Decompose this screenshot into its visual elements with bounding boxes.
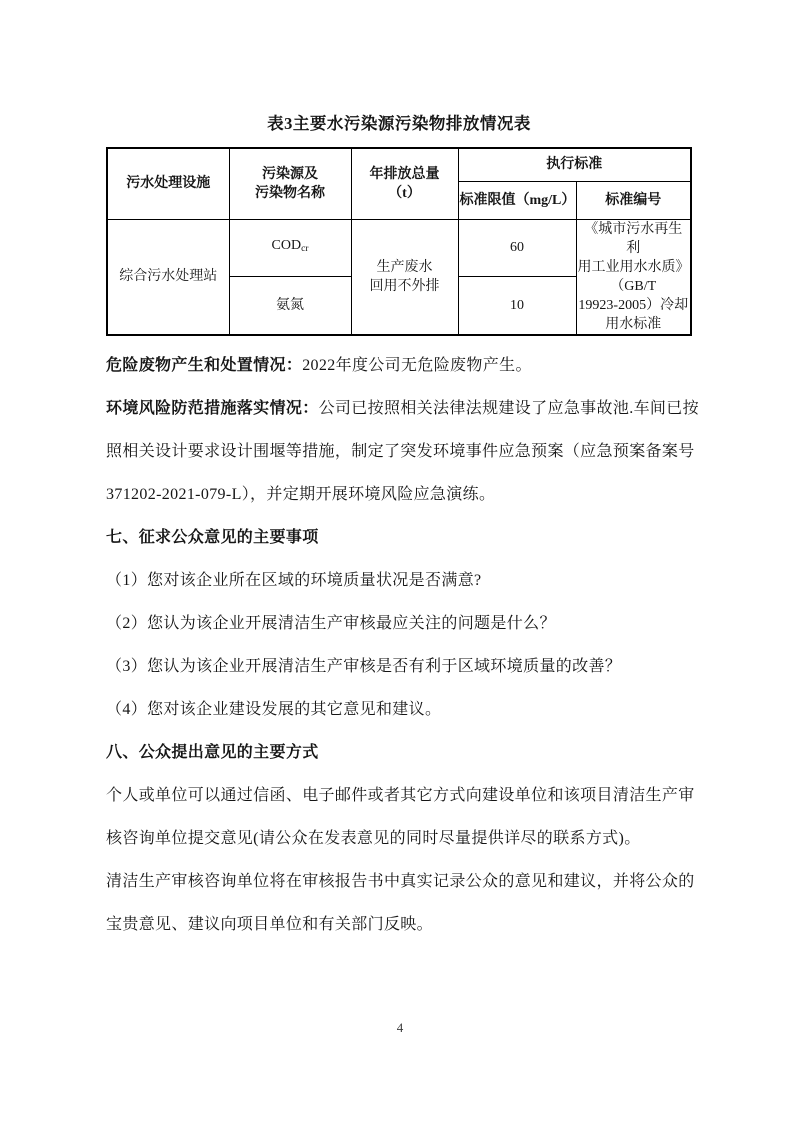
header-facility: 污水处理设施: [107, 148, 229, 219]
page-number: 4: [0, 1020, 800, 1036]
header-standard-code: 标准编号: [576, 181, 691, 219]
risk-prevention-line-3: 371202-2021-079-L），并定期开展环境风险应急演练。: [106, 473, 692, 516]
pollutant-discharge-table: 污水处理设施 污染源及 污染物名称 年排放总量 （t） 执行标准 标准限值（mg…: [106, 147, 692, 336]
header-pollutant-source-line1: 污染源及: [231, 165, 350, 184]
section7-heading: 七、征求公众意见的主要事项: [106, 516, 692, 559]
standard-line-3: （GB/T: [578, 277, 690, 296]
cell-limit-ammonia: 10: [458, 277, 576, 335]
standard-line-1: 《城市污水再生利: [578, 220, 690, 258]
section8-para1-line1: 个人或单位可以通过信函、电子邮件或者其它方式向建设单位和该项目清洁生产审: [106, 774, 692, 817]
standard-line-4: 19923-2005）冷却: [578, 296, 690, 315]
cell-discharge-line2: 回用不外排: [353, 277, 457, 296]
body-text: 危险废物产生和处置情况：2022年度公司无危险废物产生。 环境风险防范措施落实情…: [106, 344, 692, 946]
cell-discharge-line1: 生产废水: [353, 258, 457, 277]
section7-item-4: （4）您对该企业建设发展的其它意见和建议。: [106, 688, 692, 731]
section8-para2-line1: 清洁生产审核咨询单位将在审核报告书中真实记录公众的意见和建议，并将公众的: [106, 860, 692, 903]
section8-heading: 八、公众提出意见的主要方式: [106, 731, 692, 774]
risk-prevention-text-1: 公司已按照相关法律法规建设了应急事故池.车间已按: [319, 400, 699, 417]
page-content: 表3主要水污染源污染物排放情况表 污水处理设施 污染源及 污染物名称 年排放总量…: [106, 0, 692, 946]
header-annual-total: 年排放总量 （t）: [351, 148, 458, 219]
header-annual-total-line1: 年排放总量: [353, 165, 457, 184]
header-annual-total-line2: （t）: [353, 184, 457, 203]
hazardous-waste-label: 危险废物产生和处置情况：: [106, 357, 302, 374]
section7-item-2: （2）您认为该企业开展清洁生产审核最应关注的问题是什么？: [106, 602, 692, 645]
cell-discharge: 生产废水 回用不外排: [351, 219, 458, 335]
table-title: 表3主要水污染源污染物排放情况表: [106, 111, 692, 147]
hazardous-waste-line: 危险废物产生和处置情况：2022年度公司无危险废物产生。: [106, 344, 692, 387]
section7-item-3: （3）您认为该企业开展清洁生产审核是否有利于区域环境质量的改善？: [106, 645, 692, 688]
cod-label: COD: [272, 238, 302, 253]
section8-para1-line2: 核咨询单位提交意见(请公众在发表意见的同时尽量提供详尽的联系方式)。: [106, 817, 692, 860]
hazardous-waste-text: 2022年度公司无危险废物产生。: [302, 357, 532, 374]
header-pollutant-source: 污染源及 污染物名称: [229, 148, 351, 219]
cell-pollutant-cod: CODcr: [229, 219, 351, 277]
document-page: 表3主要水污染源污染物排放情况表 污水处理设施 污染源及 污染物名称 年排放总量…: [0, 0, 800, 1131]
section7-item-1: （1）您对该企业所在区域的环境质量状况是否满意?: [106, 559, 692, 602]
header-pollutant-source-line2: 污染物名称: [231, 184, 350, 203]
cell-facility: 综合污水处理站: [107, 219, 229, 335]
risk-prevention-line-1: 环境风险防范措施落实情况：公司已按照相关法律法规建设了应急事故池.车间已按: [106, 387, 692, 430]
risk-prevention-line-2: 照相关设计要求设计围堰等措施，制定了突发环境事件应急预案（应急预案备案号: [106, 430, 692, 473]
standard-line-5: 用水标准: [578, 315, 690, 334]
standard-line-2: 用工业用水水质》: [578, 258, 690, 277]
header-executive-standard: 执行标准: [458, 148, 691, 181]
cell-standard-code: 《城市污水再生利 用工业用水水质》 （GB/T 19923-2005）冷却 用水…: [576, 219, 691, 335]
cell-pollutant-ammonia: 氨氮: [229, 277, 351, 335]
header-standard-limit: 标准限值（mg/L）: [458, 181, 576, 219]
risk-prevention-label: 环境风险防范措施落实情况：: [106, 400, 319, 417]
cell-limit-cod: 60: [458, 219, 576, 277]
section8-para2-line2: 宝贵意见、建议向项目单位和有关部门反映。: [106, 903, 692, 946]
cod-subscript: cr: [301, 244, 308, 254]
